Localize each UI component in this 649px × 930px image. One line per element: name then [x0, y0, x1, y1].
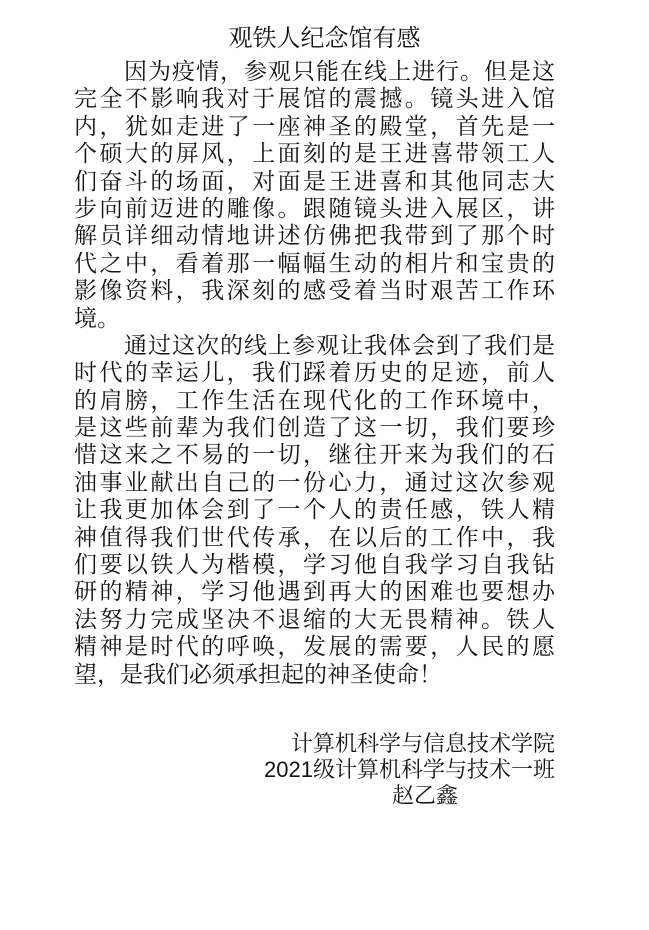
body-line: 个硕大的屏风，上面刻的是王进喜带领工人 [74, 140, 555, 167]
signature-block: 计算机科学与信息技术学院 2021级计算机科学与技术一班 赵乙鑫 [74, 731, 555, 809]
body-line: 影像资料，我深刻的感受着当时艰苦工作环 [74, 277, 555, 304]
signature-name: 赵乙鑫 [74, 783, 555, 809]
body-line: 惜这来之不易的一切，继往开来为我们的石 [74, 441, 555, 468]
body-line: 解员详细动情地讲述仿佛把我带到了那个时 [74, 222, 555, 249]
body-line: 油事业献出自己的一份心力，通过这次参观 [74, 469, 555, 496]
body-line: 们奋斗的场面，对面是王进喜和其他同志大 [74, 168, 555, 195]
body-line: 内，犹如走进了一座神圣的殿堂，首先是一 [74, 113, 555, 140]
body-line: 的肩膀，工作生活在现代化的工作环境中， [74, 387, 555, 414]
body-line: 代之中，看着那一幅幅生动的相片和宝贵的 [74, 250, 555, 277]
body-line: 法努力完成坚决不退缩的大无畏精神。铁人 [74, 606, 555, 633]
body-line: 们要以铁人为楷模，学习他自我学习自我钻 [74, 551, 555, 578]
essay-body: 因为疫情，参观只能在线上进行。但是这 完全不影响我对于展馆的震撼。镜头进入馆 内… [74, 58, 555, 688]
body-line: 境。 [74, 305, 555, 332]
body-line: 因为疫情，参观只能在线上进行。但是这 [74, 58, 555, 85]
body-line: 精神是时代的呼唤，发展的需要，人民的愿 [74, 633, 555, 660]
paragraph-1: 因为疫情，参观只能在线上进行。但是这 完全不影响我对于展馆的震撼。镜头进入馆 内… [74, 58, 555, 332]
paragraph-2: 通过这次的线上参观让我体会到了我们是 时代的幸运儿，我们踩着历史的足迹，前人 的… [74, 332, 555, 688]
body-line: 研的精神，学习他遇到再大的困难也要想办 [74, 578, 555, 605]
body-line: 神值得我们世代传承，在以后的工作中，我 [74, 524, 555, 551]
document-page: 观铁人纪念馆有感 因为疫情，参观只能在线上进行。但是这 完全不影响我对于展馆的震… [0, 0, 649, 930]
body-line: 是这些前辈为我们创造了这一切，我们要珍 [74, 414, 555, 441]
essay-title: 观铁人纪念馆有感 [0, 0, 649, 54]
body-line: 完全不影响我对于展馆的震撼。镜头进入馆 [74, 85, 555, 112]
body-line: 步向前迈进的雕像。跟随镜头进入展区，讲 [74, 195, 555, 222]
signature-class: 2021级计算机科学与技术一班 [74, 757, 555, 783]
body-line: 让我更加体会到了一个人的责任感，铁人精 [74, 496, 555, 523]
body-line: 通过这次的线上参观让我体会到了我们是 [74, 332, 555, 359]
body-line: 望，是我们必须承担起的神圣使命！ [74, 661, 555, 688]
signature-college: 计算机科学与信息技术学院 [74, 731, 555, 757]
body-line: 时代的幸运儿，我们踩着历史的足迹，前人 [74, 359, 555, 386]
